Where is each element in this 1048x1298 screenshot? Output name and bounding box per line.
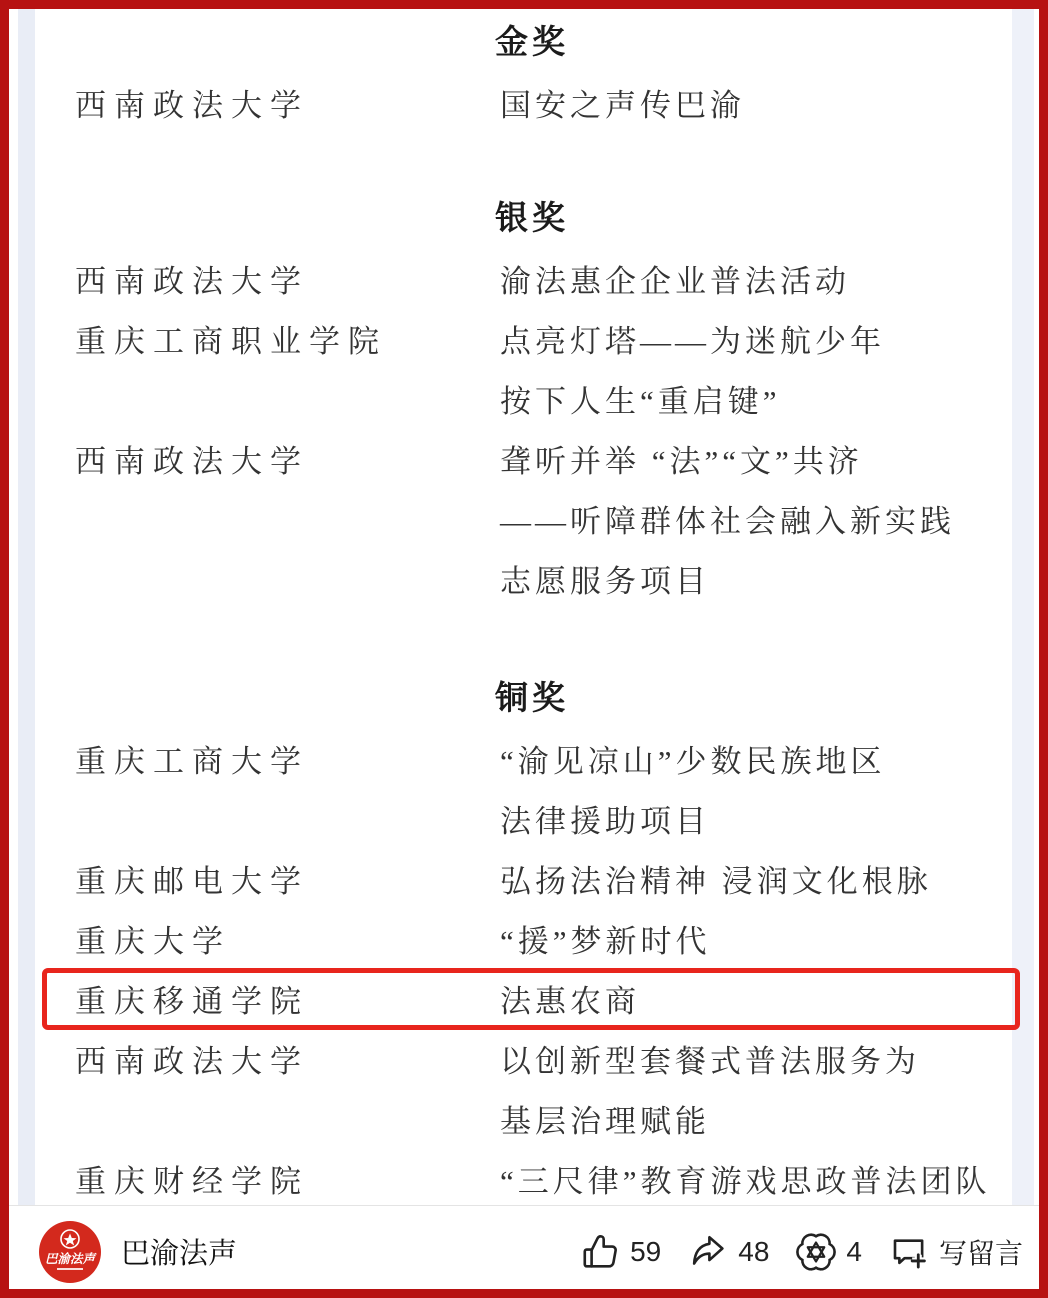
screenshot-bottom-edge — [0, 1293, 1048, 1298]
award-row: ——听障群体社会融入新实践 — [9, 488, 1039, 548]
share-arrow-icon — [687, 1231, 729, 1273]
share-button[interactable]: 48 — [687, 1231, 769, 1273]
project-name: 志愿服务项目 — [500, 556, 710, 601]
school-name: 西南政法大学 — [75, 1036, 500, 1081]
project-name: 聋听并举 “法”“文”共济 — [500, 436, 863, 481]
school-name: 重庆工商职业学院 — [75, 316, 500, 361]
footer-actions: 59 48 4 写留言 — [565, 1231, 1023, 1273]
like-button[interactable]: 59 — [579, 1231, 661, 1273]
comment-button[interactable]: 写留言 — [888, 1231, 1023, 1273]
account-name[interactable]: 巴渝法声 — [121, 1231, 237, 1272]
award-section: 金奖西南政法大学国安之声传巴渝 — [9, 12, 1039, 132]
project-name: 国安之声传巴渝 — [500, 80, 745, 125]
wow-flower-icon — [795, 1231, 837, 1273]
school-name: 西南政法大学 — [75, 436, 500, 481]
award-section-title: 金奖 — [9, 12, 1039, 72]
wow-count: 4 — [846, 1236, 862, 1268]
thumbs-up-icon — [579, 1231, 621, 1273]
logo-text: 巴渝法声 — [45, 1252, 98, 1266]
award-row: 按下人生“重启键” — [9, 368, 1039, 428]
award-row: 西南政法大学聋听并举 “法”“文”共济 — [9, 428, 1039, 488]
award-row: 基层治理赋能 — [9, 1088, 1039, 1148]
award-row: 法律援助项目 — [9, 788, 1039, 848]
share-count: 48 — [738, 1236, 769, 1268]
award-section: 铜奖重庆工商大学“渝见凉山”少数民族地区法律援助项目重庆邮电大学弘扬法治精神 浸… — [9, 668, 1039, 1208]
project-name: 弘扬法治精神 浸润文化根脉 — [500, 856, 932, 901]
award-row: 西南政法大学以创新型套餐式普法服务为 — [9, 1028, 1039, 1088]
award-row: 重庆工商职业学院点亮灯塔——为迷航少年 — [9, 308, 1039, 368]
project-name: “三尺律”教育游戏思政普法团队 — [500, 1156, 991, 1201]
award-row: 西南政法大学渝法惠企企业普法活动 — [9, 248, 1039, 308]
like-count: 59 — [630, 1236, 661, 1268]
project-name: “援”梦新时代 — [500, 916, 711, 961]
school-name: 重庆财经学院 — [75, 1156, 500, 1201]
award-section: 银奖西南政法大学渝法惠企企业普法活动重庆工商职业学院点亮灯塔——为迷航少年按下人… — [9, 188, 1039, 608]
project-name: ——听障群体社会融入新实践 — [500, 496, 955, 541]
award-row: 志愿服务项目 — [9, 548, 1039, 608]
school-name: 西南政法大学 — [75, 80, 500, 125]
award-row-highlighted: 重庆移通学院法惠农商 — [9, 968, 1039, 1028]
comment-bubble-plus-icon — [888, 1231, 930, 1273]
project-name: 法惠农商 — [500, 976, 640, 1021]
school-name: 西南政法大学 — [75, 256, 500, 301]
article-screenshot-page: 金奖西南政法大学国安之声传巴渝银奖西南政法大学渝法惠企企业普法活动重庆工商职业学… — [0, 0, 1048, 1298]
award-section-title: 银奖 — [9, 188, 1039, 248]
project-name: 点亮灯塔——为迷航少年 — [500, 316, 885, 361]
project-name: 以创新型套餐式普法服务为 — [500, 1036, 920, 1081]
project-name: “渝见凉山”少数民族地区 — [500, 736, 886, 781]
account-footer-bar: 巴渝法声 巴渝法声 59 48 — [9, 1206, 1039, 1285]
school-name: 重庆移通学院 — [75, 976, 500, 1021]
wow-button[interactable]: 4 — [795, 1231, 862, 1273]
award-row: 西南政法大学国安之声传巴渝 — [9, 72, 1039, 132]
award-section-title: 铜奖 — [9, 668, 1039, 728]
comment-label: 写留言 — [939, 1232, 1023, 1272]
award-row: 重庆财经学院“三尺律”教育游戏思政普法团队 — [9, 1148, 1039, 1208]
school-name: 重庆工商大学 — [75, 736, 500, 781]
project-name: 法律援助项目 — [500, 796, 710, 841]
award-row: 重庆工商大学“渝见凉山”少数民族地区 — [9, 728, 1039, 788]
school-name: 重庆邮电大学 — [75, 856, 500, 901]
project-name: 按下人生“重启键” — [500, 376, 781, 421]
project-name: 渝法惠企企业普法活动 — [500, 256, 850, 301]
school-name: 重庆大学 — [75, 916, 500, 961]
project-name: 基层治理赋能 — [500, 1096, 710, 1141]
account-logo-avatar[interactable]: 巴渝法声 — [39, 1221, 101, 1283]
award-row: 重庆大学“援”梦新时代 — [9, 908, 1039, 968]
award-row: 重庆邮电大学弘扬法治精神 浸润文化根脉 — [9, 848, 1039, 908]
